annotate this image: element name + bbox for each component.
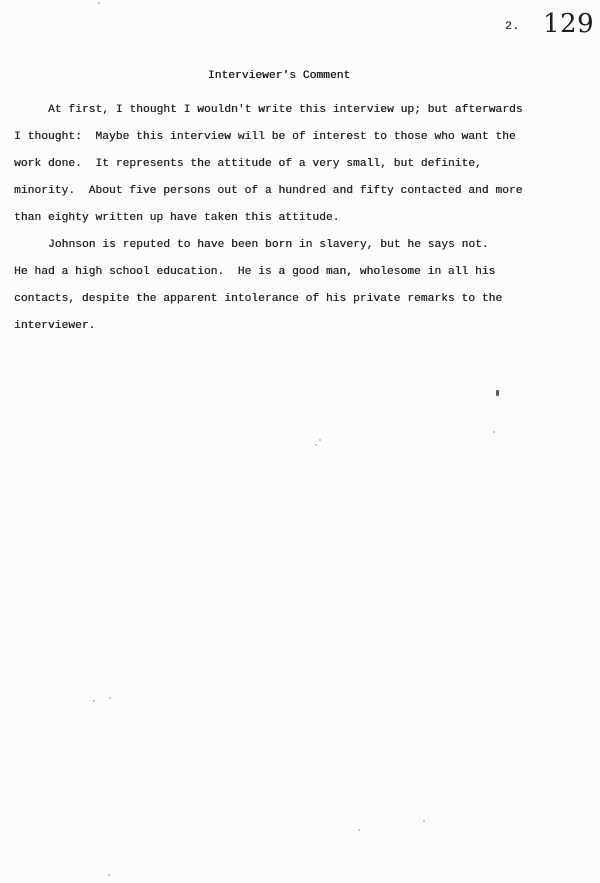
- stamped-folio-number: 129: [543, 9, 594, 39]
- document-title: Interviewer's Comment: [19, 68, 539, 84]
- text-line: Johnson is reputed to have been born in …: [14, 232, 554, 259]
- text-line: He had a high school education. He is a …: [14, 259, 554, 286]
- scan-speck: [109, 697, 111, 699]
- text-line: minority. About five persons out of a hu…: [14, 178, 554, 205]
- text-line: than eighty written up have taken this a…: [14, 205, 554, 232]
- text-line: work done. It represents the attitude of…: [14, 151, 554, 178]
- scanned-document-page: 2. 129 Interviewer's Comment At first, I…: [0, 0, 600, 883]
- scan-speck: [496, 390, 499, 396]
- scan-speck: [93, 700, 95, 702]
- scan-speck: [493, 431, 495, 433]
- text-line: I thought: Maybe this interview will be …: [14, 124, 554, 151]
- scan-speck: [319, 439, 321, 441]
- scan-speck: [108, 874, 110, 876]
- text-line: At first, I thought I wouldn't write thi…: [14, 97, 554, 124]
- document-body: At first, I thought I wouldn't write thi…: [14, 97, 554, 340]
- scan-speck: [423, 820, 425, 822]
- scan-speck: [98, 2, 100, 4]
- text-line: contacts, despite the apparent intoleran…: [14, 286, 554, 313]
- scan-speck: [358, 829, 360, 831]
- text-line: interviewer.: [14, 313, 554, 340]
- typed-page-number: 2.: [505, 21, 520, 33]
- scan-speck: [315, 444, 317, 446]
